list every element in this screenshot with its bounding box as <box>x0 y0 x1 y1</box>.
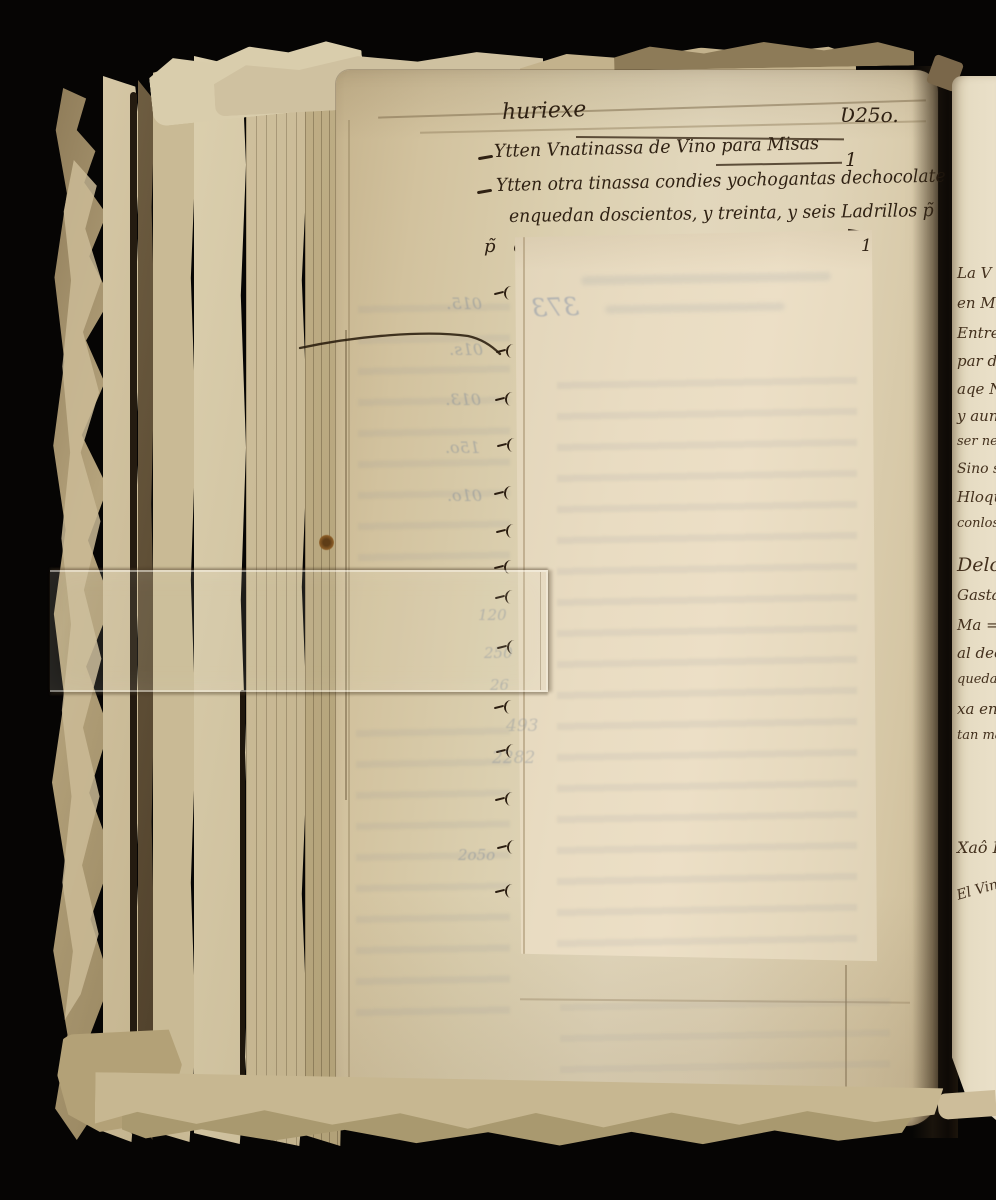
facing-page: La V en M Entreg par de aqe Na y aunq se… <box>952 76 996 1120</box>
facing-page-line: Gastan <box>957 586 996 604</box>
bleed-number-low-3: 2o5o <box>458 846 495 864</box>
wormhole-stain <box>319 534 334 551</box>
ink-stroke-mark <box>495 884 513 898</box>
ink-stroke-mark <box>494 700 512 714</box>
ink-stroke-mark <box>497 438 515 452</box>
facing-page-bottom-torn-edge <box>937 1090 996 1120</box>
bleed-number-low-2: 2282 <box>492 748 535 768</box>
entry-4-amount: 1 <box>861 236 872 256</box>
bleed-number-col-5: 01o. <box>447 486 482 505</box>
ink-stroke-mark <box>494 286 512 300</box>
facing-page-vino-line: El Vino 30 t <box>955 865 996 903</box>
gutter-shadow <box>912 66 958 1138</box>
ink-stroke-mark <box>496 344 514 358</box>
bleed-number-col-1: 015. <box>446 294 482 313</box>
facing-page-line: aqe Na <box>957 380 996 398</box>
facing-page-line: tan ma <box>957 728 996 743</box>
overlay-bleed-number-373: 373 <box>531 292 580 323</box>
bleed-number-low-1: 493 <box>506 716 538 736</box>
facing-page-line: par de <box>957 352 996 370</box>
facing-page-line: Delos <box>957 554 996 576</box>
facing-page-line: Hloque <box>957 488 996 506</box>
glass-inner-right-edge <box>540 572 542 690</box>
entry-1-amount: Ʋ25o. <box>840 103 899 127</box>
ink-stroke-mark <box>495 792 513 806</box>
ink-flourish-stroke <box>296 322 506 362</box>
ink-stroke-mark <box>496 524 514 538</box>
facing-page-line: ser nec <box>957 434 996 449</box>
facing-page-line: al dech <box>957 644 996 662</box>
bleed-number-col-3: 013. <box>445 390 481 409</box>
glass-weight-strip <box>50 570 548 692</box>
entry-1-label: huriexe <box>502 97 587 125</box>
facing-page-line: en M <box>957 294 996 312</box>
facing-page-signature-line: Xaô R <box>957 838 996 857</box>
stack-top-layer-dark <box>614 39 914 70</box>
manuscript-book-photo: 015. 01s. 013. 15o. 01o. 120 250 26 493 … <box>0 0 996 1200</box>
overlay-sheet: 373 <box>515 230 877 964</box>
facing-page-line: y aunq <box>957 407 996 425</box>
ink-stroke-mark <box>495 392 513 406</box>
bleedthrough-rows-lower-left <box>356 706 510 1036</box>
page-crease-vertical <box>345 330 347 800</box>
overlay-bleed-smudge-2 <box>605 302 785 313</box>
facing-page-line: La V <box>957 264 992 282</box>
bleed-number-col-4: 15o. <box>445 438 480 457</box>
facing-page-line: xa ent <box>957 700 996 718</box>
facing-page-line: Entreg <box>957 324 996 342</box>
ink-stroke-mark <box>497 840 515 854</box>
facing-page-line: Ma = C <box>957 616 996 634</box>
ink-stroke-mark <box>494 486 512 500</box>
stack-dark-crevice-2 <box>240 690 245 1130</box>
facing-page-line: quedan <box>957 672 996 687</box>
facing-page-line: conlos <box>957 516 996 531</box>
overlay-bleed-smudge-1 <box>581 272 831 285</box>
facing-page-line: Sino s <box>957 461 996 477</box>
